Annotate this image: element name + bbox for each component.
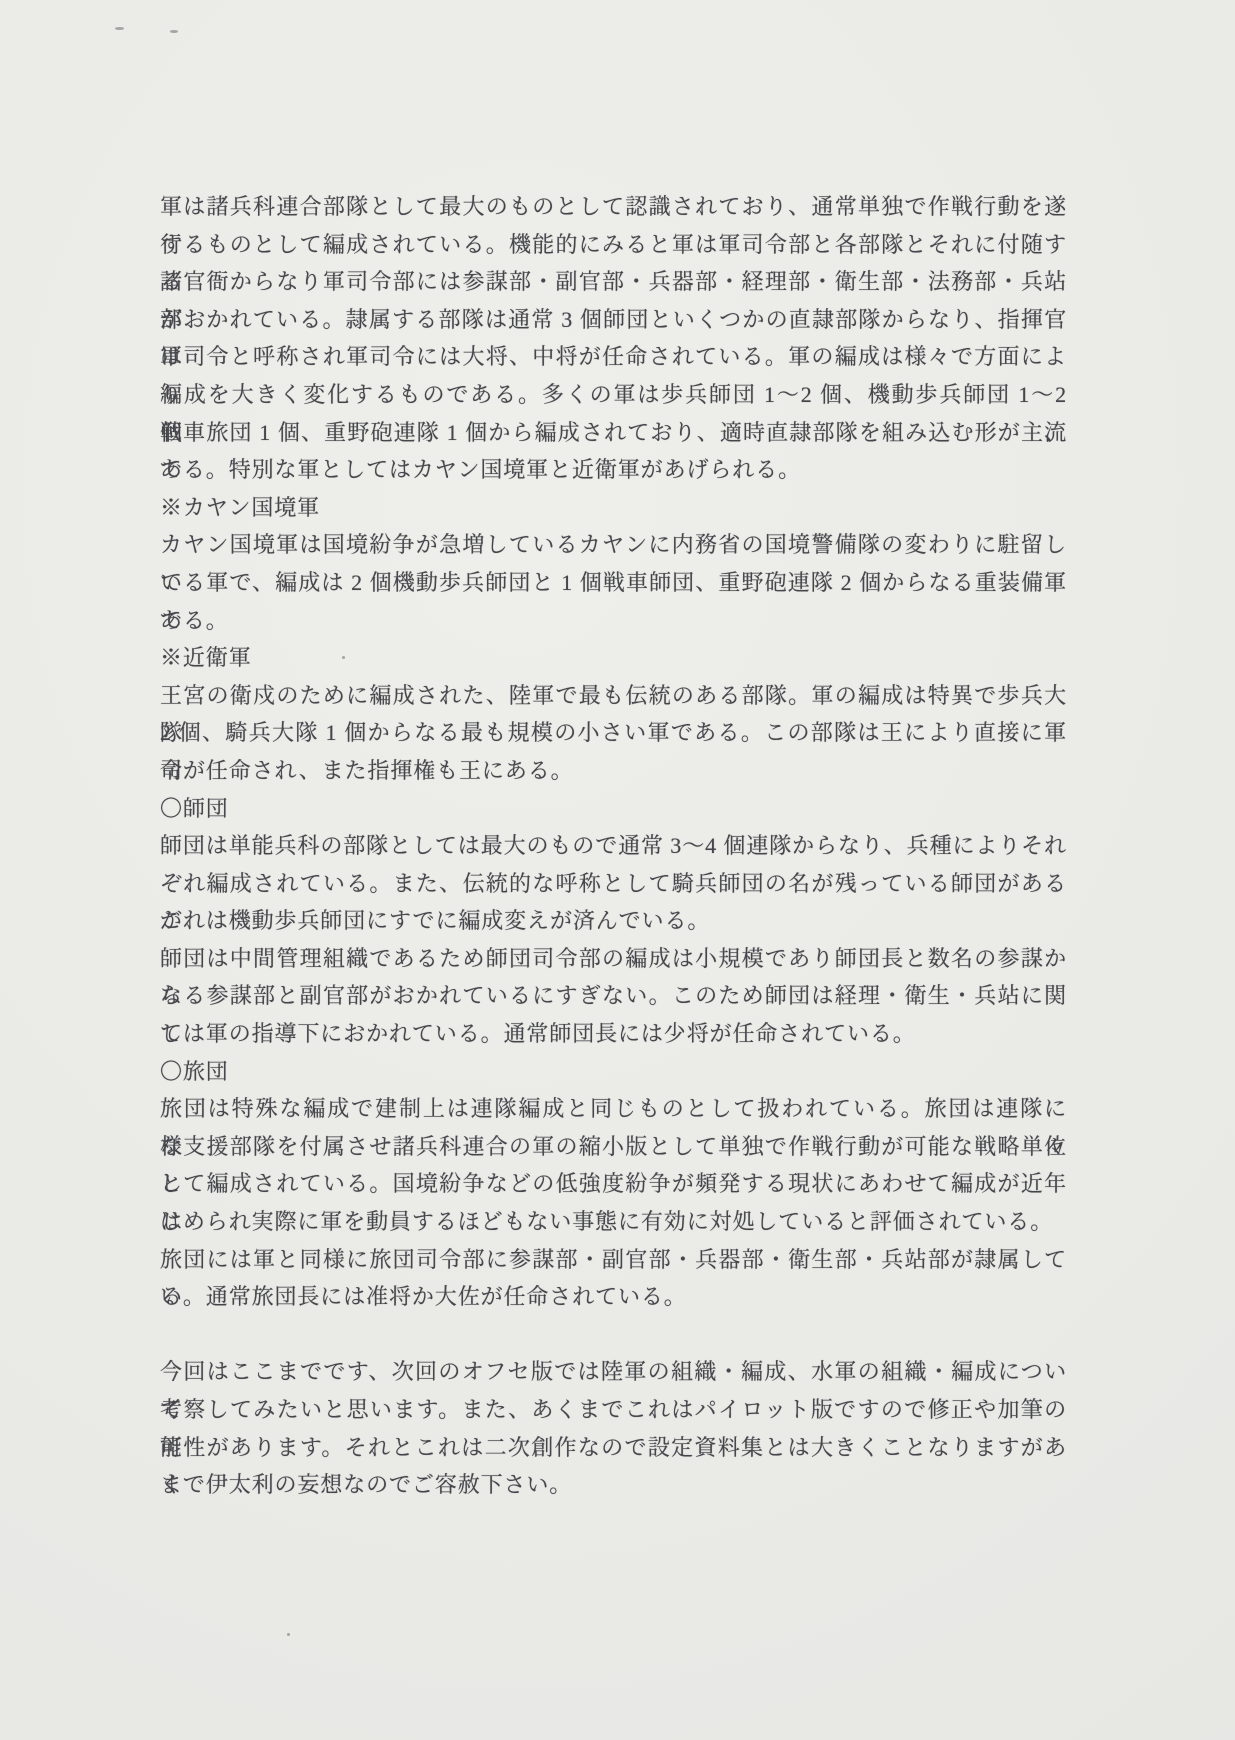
scan-speck — [170, 30, 178, 33]
text-line: これは機動歩兵師団にすでに編成変えが済んでいる。 — [160, 902, 1067, 940]
text-line: ある。特別な軍としてはカヤン国境軍と近衛軍があげられる。 — [160, 451, 1067, 489]
text-line: ※近衛軍 — [160, 639, 1067, 677]
text-line: 2 個、騎兵大隊 1 個からなる最も規模の小さい軍である。この部隊は王により直接… — [160, 714, 1067, 752]
text-line: カヤン国境軍は国境紛争が急増しているカヤンに内務省の国境警備隊の変わりに駐留して — [160, 526, 1067, 564]
text-line: な支援部隊を付属させ諸兵科連合の軍の縮小版として単独で作戦行動が可能な戦略単位と — [160, 1128, 1067, 1166]
text-line: ※カヤン国境軍 — [160, 489, 1067, 527]
text-line: 今回はここまでです、次回のオフセ版では陸軍の組織・編成、水軍の組織・編成について — [160, 1353, 1067, 1391]
text-line: がおかれている。隷属する部隊は通常 3 個師団といくつかの直隷部隊からなり、指揮… — [160, 301, 1067, 339]
text-line: 編成を大きく変化するものである。多くの軍は歩兵師団 1〜2 個、機動歩兵師団 1… — [160, 376, 1067, 414]
text-line: 諸官衙からなり軍司令部には参謀部・副官部・兵器部・経理部・衛生部・法務部・兵站部 — [160, 263, 1067, 301]
text-line: して編成されている。国境紛争などの低強度紛争が頻発する現状にあわせて編成が近年は — [160, 1165, 1067, 1203]
text-line: 能性があります。それとこれは二次創作なので設定資料集とは大きくことなりますがあく — [160, 1429, 1067, 1467]
text-line: 考察してみたいと思います。また、あくまでこれはパイロット版ですので修正や加筆の可 — [160, 1391, 1067, 1429]
text-line: 〇旅団 — [160, 1053, 1067, 1091]
text-line: 軍は諸兵科連合部隊として最大のものとして認識されており、通常単独で作戦行動を遂行 — [160, 188, 1067, 226]
text-line: 旅団は特殊な編成で建制上は連隊編成と同じものとして扱われている。旅団は連隊に様々 — [160, 1090, 1067, 1128]
text-line: 旅団には軍と同様に旅団司令部に参謀部・副官部・兵器部・衛生部・兵站部が隷属してい — [160, 1241, 1067, 1279]
text-line: 師団は単能兵科の部隊としては最大のもので通常 3〜4 個連隊からなり、兵種により… — [160, 827, 1067, 865]
text-line: 軍司令と呼称され軍司令には大将、中将が任命されている。軍の編成は様々で方面により — [160, 338, 1067, 376]
text-line: するものとして編成されている。機能的にみると軍は軍司令部と各部隊とそれに付随する — [160, 226, 1067, 264]
text-line: 師団は中間管理組織であるため師団司令部の編成は小規模であり師団長と数名の参謀から — [160, 940, 1067, 978]
text-line: いる軍で、編成は 2 個機動歩兵師団と 1 個戦車師団、重野砲連隊 2 個からな… — [160, 564, 1067, 602]
text-line: 令が任命され、また指揮権も王にある。 — [160, 752, 1067, 790]
scanned-page: 軍は諸兵科連合部隊として最大のものとして認識されており、通常単独で作戦行動を遂行… — [0, 0, 1235, 1740]
text-line: 戦車旅団 1 個、重野砲連隊 1 個から編成されており、適時直隷部隊を組み込む形… — [160, 414, 1067, 452]
text-line: ては軍の指導下におかれている。通常師団長には少将が任命されている。 — [160, 1015, 1067, 1053]
document-text-block: 軍は諸兵科連合部隊として最大のものとして認識されており、通常単独で作戦行動を遂行… — [160, 188, 1067, 1504]
scan-speck — [287, 1633, 290, 1636]
text-line: る。通常旅団長には准将か大佐が任命されている。 — [160, 1278, 1067, 1316]
text-line: まで伊太利の妄想なのでご容赦下さい。 — [160, 1466, 1067, 1504]
text-line: ぞれ編成されている。また、伝統的な呼称として騎兵師団の名が残っている師団があるが — [160, 865, 1067, 903]
scan-speck — [115, 27, 124, 30]
text-line: なる参謀部と副官部がおかれているにすぎない。このため師団は経理・衛生・兵站に関し — [160, 977, 1067, 1015]
scan-speck — [342, 656, 345, 659]
text-line: ある。 — [160, 602, 1067, 640]
text-line: じめられ実際に軍を動員するほどもない事態に有効に対処していると評価されている。 — [160, 1203, 1067, 1241]
blank-line — [160, 1316, 1067, 1354]
text-line: 〇師団 — [160, 790, 1067, 828]
text-line: 王宮の衛戍のために編成された、陸軍で最も伝統のある部隊。軍の編成は特異で歩兵大隊 — [160, 677, 1067, 715]
